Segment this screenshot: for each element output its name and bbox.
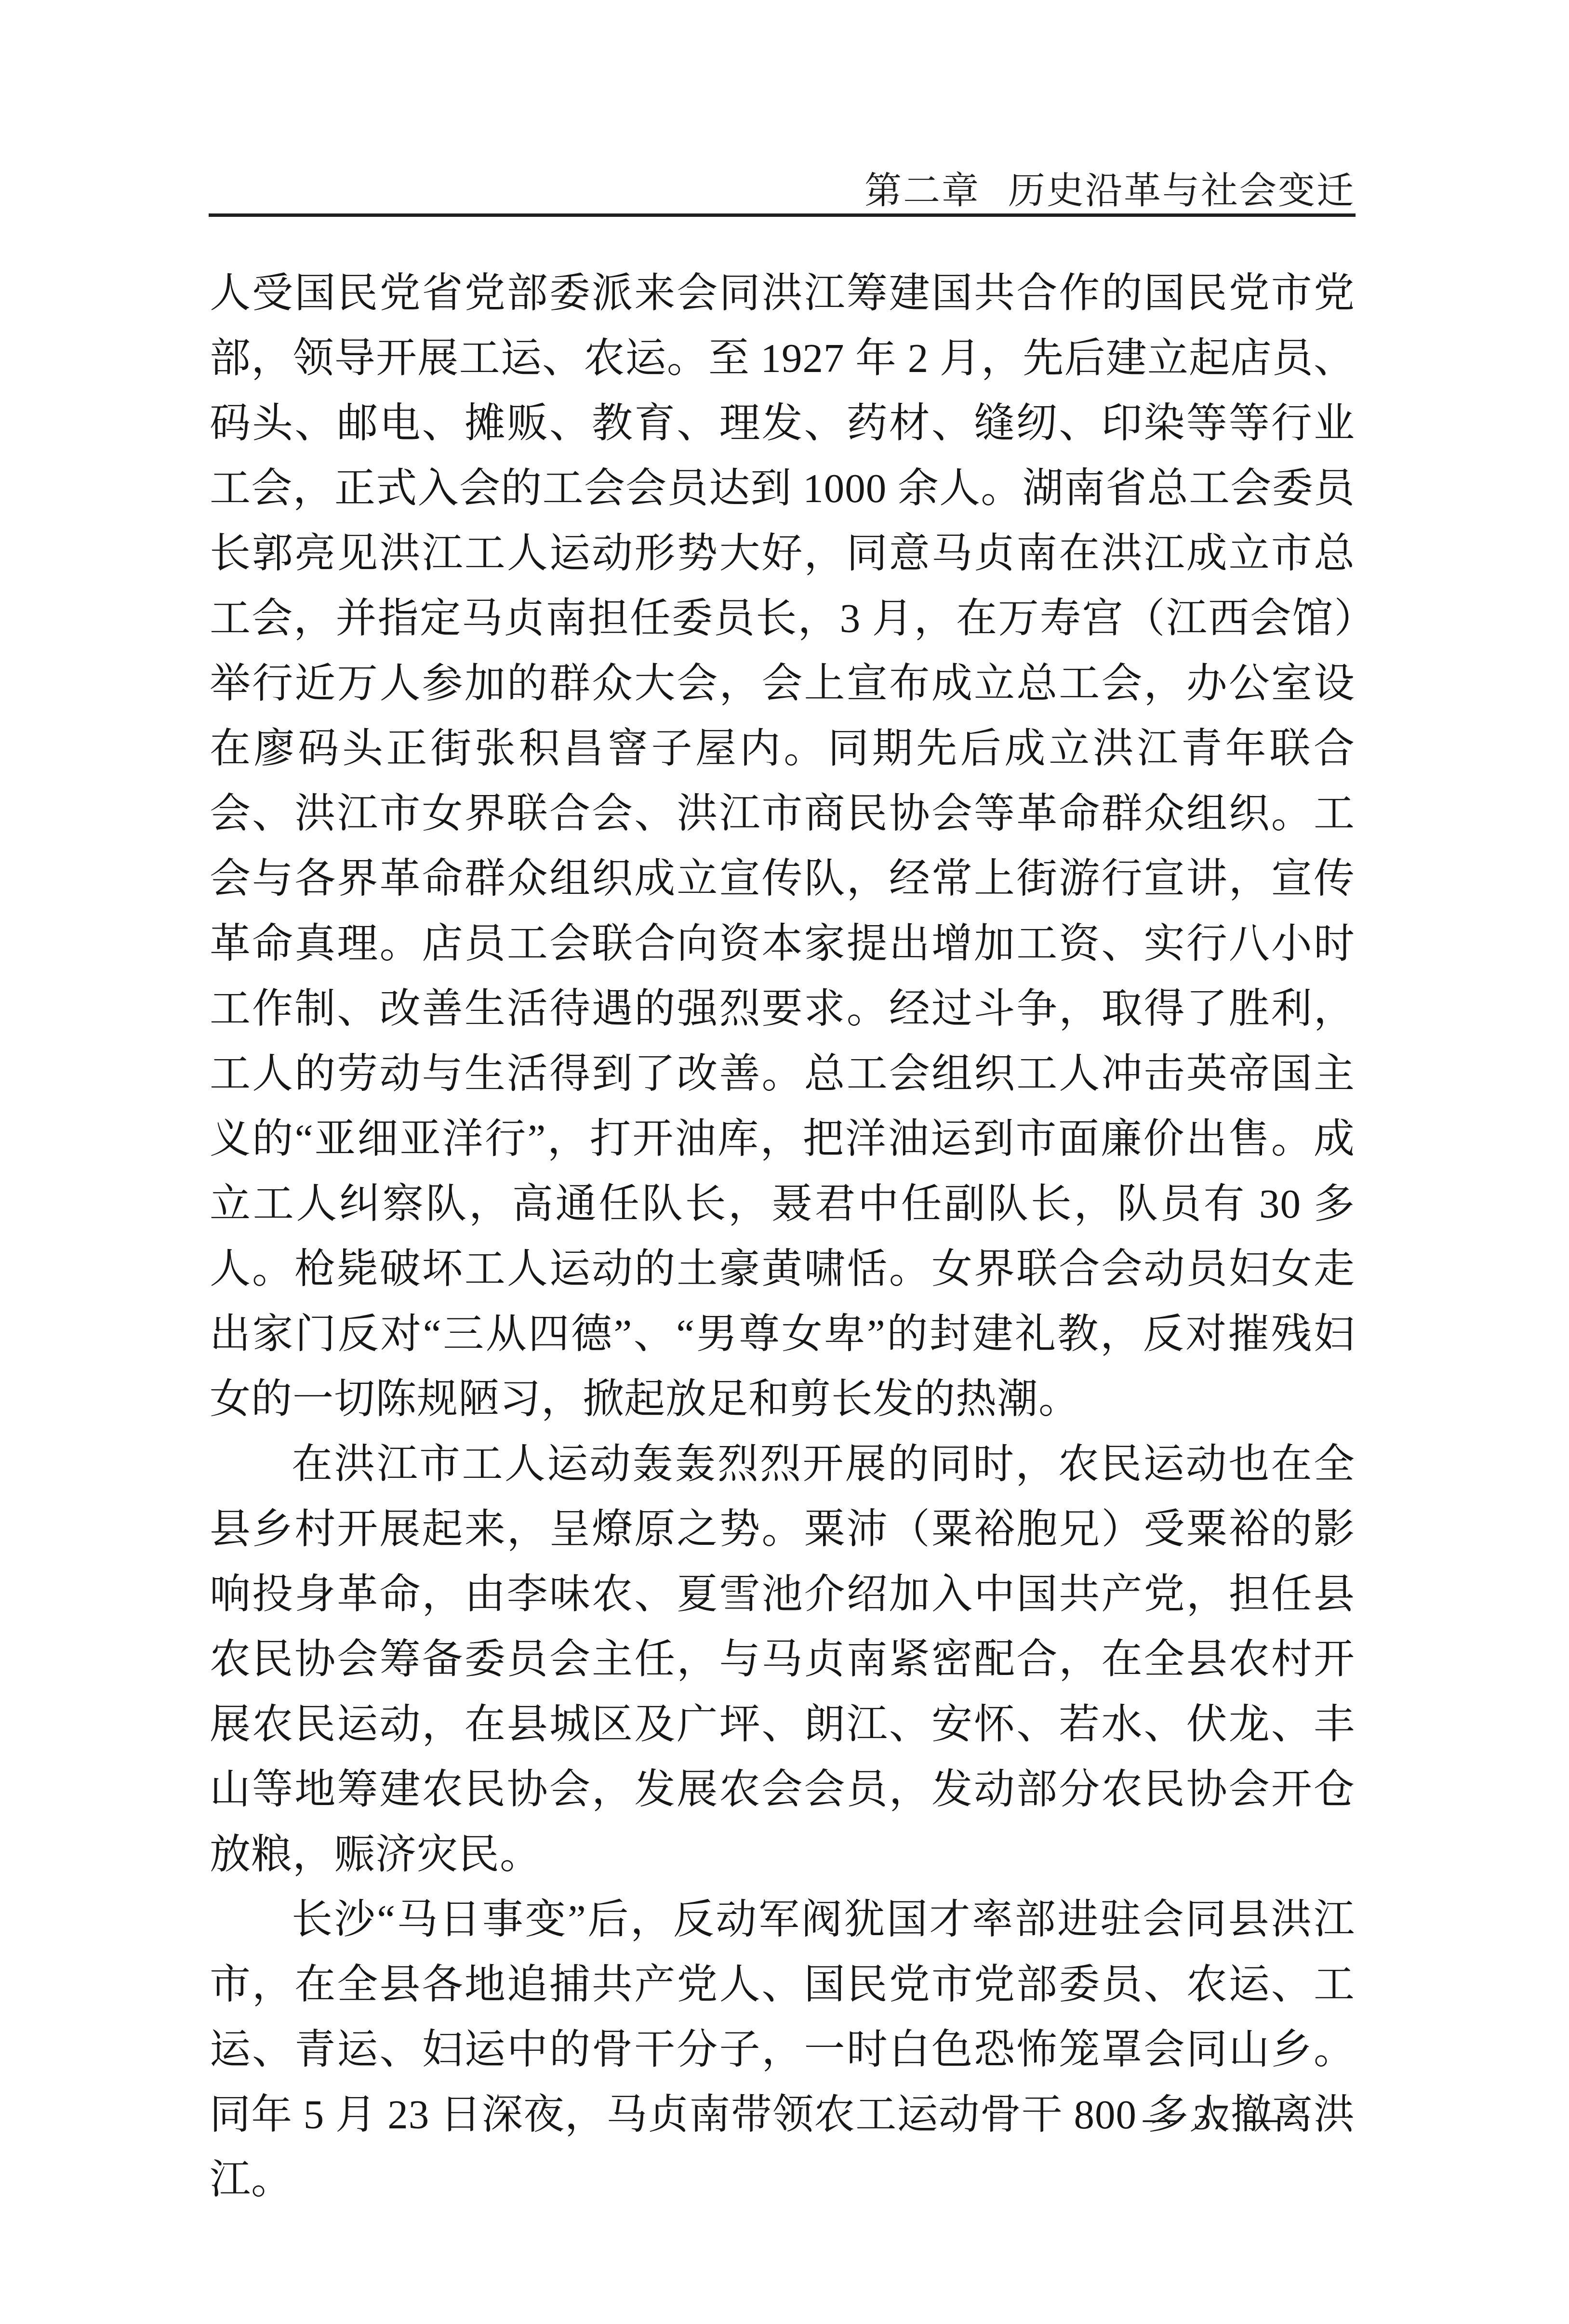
header-rule: [209, 213, 1356, 217]
paragraph-1: 人受国民党省党部委派来会同洪江筹建国共合作的国民党市党部，领导开展工运、农运。至…: [210, 261, 1355, 1432]
page-footer: —37—: [1143, 2100, 1279, 2136]
paragraph-2: 在洪江市工人运动轰轰烈烈开展的同时，农民运动也在全县乡村开展起来，呈燎原之势。粟…: [210, 1432, 1355, 1887]
running-header: 第二章历史沿革与社会变迁: [210, 161, 1355, 214]
body-text: 人受国民党省党部委派来会同洪江筹建国共合作的国民党市党部，领导开展工运、农运。至…: [210, 261, 1355, 2213]
chapter-title: 历史沿革与社会变迁: [1008, 170, 1355, 212]
chapter-number: 第二章: [864, 170, 980, 212]
footer-dash-left: —: [1143, 2098, 1179, 2138]
book-page: 第二章历史沿革与社会变迁 人受国民党省党部委派来会同洪江筹建国共合作的国民党市党…: [0, 0, 1569, 2324]
footer-dash-right: —: [1243, 2098, 1279, 2138]
paragraph-3: 长沙“马日事变”后，反动军阀犹国才率部进驻会同县洪江市，在全县各地追捕共产党人、…: [210, 1887, 1355, 2213]
page-number: 37: [1193, 2098, 1229, 2138]
